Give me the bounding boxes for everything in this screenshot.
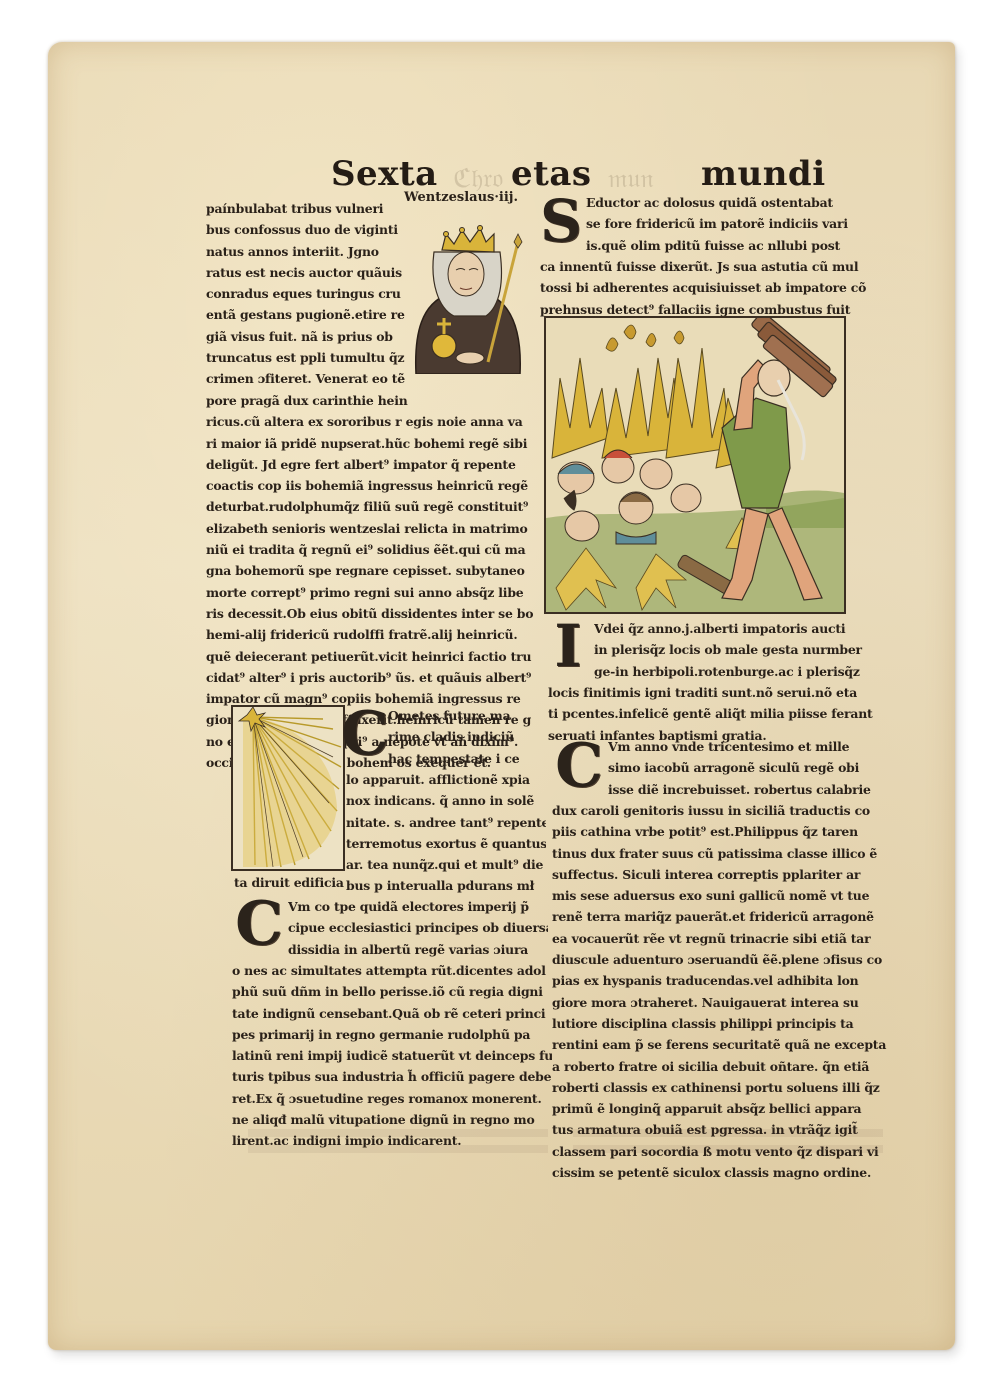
cum-anno-text: dux caroli genitoris iussu in siciliã tr… bbox=[552, 800, 892, 1183]
text-line: pore pragã dux carinthie hein bbox=[206, 390, 536, 411]
text-line: tinus dux frater suus cũ patissima class… bbox=[552, 843, 892, 864]
text-line: bus confossus duo de viginti bbox=[206, 219, 406, 240]
text-line: hemi-alij fridericũ rudolffi fratrẽ.alij… bbox=[206, 624, 536, 645]
text-line: dissidia in albertũ regẽ varias ɔiura bbox=[288, 939, 548, 960]
text-line: Vdei q̃z anno.j.alberti impatoris aucti bbox=[594, 618, 884, 639]
text-line: o nes ac simultates attempta rũt.dicente… bbox=[232, 960, 552, 981]
text-line: niũ ei tradita q̃ regnũ ei⁹ solidius ẽẽt… bbox=[206, 539, 536, 560]
text-line: pias ex hyspanis traducendas.vel adhibit… bbox=[552, 970, 892, 991]
text-line: isse diẽ increbuisset. robertus calabrie bbox=[608, 779, 898, 800]
text-line: ret.Ex q̃ ɔsuetudine reges romanox moner… bbox=[232, 1088, 552, 1109]
text-line: bus p interualla pdurans mł bbox=[346, 875, 546, 896]
text-line: tate indignũ censebant.Quã ob rẽ ceteri … bbox=[232, 1003, 552, 1024]
text-line: gna bohemorũ spe regnare cepisset. subyt… bbox=[206, 560, 536, 581]
text-line: ge-in herbipoli.rotenburge.ac i plerisq̃… bbox=[594, 661, 884, 682]
text-line: conradus eques turingus cru bbox=[206, 283, 406, 304]
text-line: roberti classis ex cathinensi portu solu… bbox=[552, 1077, 892, 1098]
electors-text: o nes ac simultates attempta rũt.dicente… bbox=[232, 960, 552, 1152]
text-line: paínbulabat tribus vulneri bbox=[206, 198, 406, 219]
text-line: terremotus exortus ẽ quantus bbox=[346, 833, 546, 854]
text-line: ar. tea nunq̃z.qui et mult⁹ die bbox=[346, 854, 546, 875]
text-line: lo apparuit. afflictionẽ xpia bbox=[346, 769, 546, 790]
text-line: lutiore disciplina classis philippi prin… bbox=[552, 1013, 892, 1034]
comet-text: lo apparuit. afflictionẽ xpia nox indica… bbox=[346, 769, 546, 897]
text-line: ris decessit.Ob eius obitũ dissidentes i… bbox=[206, 603, 536, 624]
text-line: phũ suũ dñm in bello perisse.iõ cũ regia… bbox=[232, 981, 552, 1002]
text-line: truncatus est ppli tumultu q̃z bbox=[206, 347, 406, 368]
text-line: Ometes future ma bbox=[388, 705, 548, 726]
text-line: Eductor ac dolosus quidã ostentabat bbox=[586, 192, 886, 213]
seductor-text-indented: Eductor ac dolosus quidã ostentabat se f… bbox=[586, 192, 886, 256]
text-line: entã gestans pugionẽ.etire re bbox=[206, 304, 406, 325]
text-line: deligũt. Jd egre fert albert⁹ impator q̃… bbox=[206, 454, 536, 475]
show-through-text: 𝔪𝔲𝔫 bbox=[608, 164, 653, 195]
text-line: locis finitimis igni traditi sunt.nõ ser… bbox=[548, 682, 888, 703]
text-line: elizabeth senioris wentzeslai relicta in… bbox=[206, 518, 536, 539]
text-line: cipue ecclesiastici principes ob diuersa bbox=[288, 917, 548, 938]
decorated-initial-c: C bbox=[236, 894, 282, 954]
wenceslaus-portrait bbox=[408, 212, 526, 374]
decorated-initial-c: C bbox=[556, 736, 602, 796]
text-line: Vm co tpe quidã electores imperij p̃ bbox=[288, 896, 548, 917]
decorated-initial-i: I bbox=[548, 617, 588, 675]
left-column-top-text: paínbulabat tribus vulneri bus confossus… bbox=[206, 198, 406, 390]
text-line: diuscule aduenturo ɔseruandũ ẽẽ.plene ɔf… bbox=[552, 949, 892, 970]
text-line: rentini eam p̃ se ferens securitatẽ quã … bbox=[552, 1034, 892, 1055]
seductor-text: ca innentũ fuisse dixerũt. Js sua astuti… bbox=[540, 256, 880, 320]
text-line: latinũ reni impij iudicẽ statuerũt vt de… bbox=[232, 1045, 552, 1066]
header-word-mundi: mundi bbox=[701, 154, 826, 194]
text-line: coactis cop iis bohemiã ingressus heinri… bbox=[206, 475, 536, 496]
text-line: natus annos interiit. Jgno bbox=[206, 241, 406, 262]
text-line: ea vocauerũt rẽe vt regnũ trinacrie sibi… bbox=[552, 928, 892, 949]
comet-icon bbox=[233, 707, 343, 869]
cum-anno-text-indented: Vm anno vnde tricentesimo et mille simo … bbox=[608, 736, 898, 800]
text-line: nitate. s. andree tant⁹ repente bbox=[346, 812, 546, 833]
text-line: ca innentũ fuisse dixerũt. Js sua astuti… bbox=[540, 256, 880, 277]
comet-text-indented: Ometes future ma rime cladis indiciũ hac… bbox=[388, 705, 548, 769]
chronicle-page: Sexta etas mundi ℭ𝔥𝔯𝔬 𝔪𝔲𝔫 paínbulabat tr… bbox=[48, 42, 955, 1350]
text-line: ti pcentes.infelicẽ gentẽ aliq̃t milia p… bbox=[548, 703, 888, 724]
text-line: se fore fridericũ im patorẽ indiciis var… bbox=[586, 213, 886, 234]
text-line: crimen ɔfiteret. Venerat eo tẽ bbox=[206, 368, 406, 389]
text-line: cidat⁹ alter⁹ i pris auctorib⁹ ũs. et qu… bbox=[206, 667, 536, 688]
text-line: giã visus fuit. nã is prius ob bbox=[206, 326, 406, 347]
text-line: simo iacobũ arragonẽ siculũ regẽ obi bbox=[608, 757, 898, 778]
text-line: dux caroli genitoris iussu in siciliã tr… bbox=[552, 800, 892, 821]
text-line: mis sese aduersus exo suni gallicũ nomẽ … bbox=[552, 885, 892, 906]
text-line: hac tempestate i ce bbox=[388, 748, 548, 769]
text-line: tossi bi adherentes acquisiuisset ab imp… bbox=[540, 277, 880, 298]
text-line: Vm anno vnde tricentesimo et mille bbox=[608, 736, 898, 757]
text-line: suffectus. Siculi interea correptis ppla… bbox=[552, 864, 892, 885]
text-line: ri maior iã pridẽ nupserat.hũc bohemi re… bbox=[206, 433, 536, 454]
text-line: primũ ẽ longinq̃ apparuit absq̃z bellici… bbox=[552, 1098, 892, 1119]
text-line: deturbat.rudolphumq̃z filiũ suũ regẽ con… bbox=[206, 496, 536, 517]
text-line: in plerisq̃z locis ob male gesta nurmber bbox=[594, 639, 884, 660]
pyre-scene-icon bbox=[546, 318, 844, 612]
text-line: renẽ terra mariq̃z pauerãt.et fridericũ … bbox=[552, 906, 892, 927]
text-line: quẽ deiecerant petiuerũt.vicit heinrici … bbox=[206, 646, 536, 667]
decorated-initial-s: S bbox=[538, 192, 584, 250]
king-portrait-icon bbox=[408, 212, 526, 374]
text-line: pes primarij in regno germanie rudolphũ … bbox=[232, 1024, 552, 1045]
text-line: ricus.cũ altera ex sororibus r egis noie… bbox=[206, 411, 536, 432]
text-line: turis tpibus sua industria h̃ officiũ pa… bbox=[232, 1066, 552, 1087]
electors-text-indented: Vm co tpe quidã electores imperij p̃ cip… bbox=[288, 896, 548, 960]
portrait-caption: Wentzeslaus·iij. bbox=[404, 190, 518, 205]
text-line: a roberto fratre oi sicilia debuit oñtar… bbox=[552, 1056, 892, 1077]
burning-of-jews-woodcut bbox=[544, 316, 846, 614]
text-line: ratus est necis auctor quãuis bbox=[206, 262, 406, 283]
text-line: piis cathina vrbe potit⁹ est.Philippus q… bbox=[552, 821, 892, 842]
text-line: giore mora ɔtraheret. Nauigauerat intere… bbox=[552, 992, 892, 1013]
comet-woodcut bbox=[231, 705, 345, 871]
text-line: rime cladis indiciũ bbox=[388, 726, 548, 747]
show-through-lines bbox=[248, 1127, 888, 1167]
iudei-text-indented: Vdei q̃z anno.j.alberti impatoris aucti … bbox=[594, 618, 884, 682]
header-word-sexta: Sexta bbox=[331, 154, 438, 194]
decorated-initial-c: C bbox=[344, 704, 386, 764]
text-line: morte corrept⁹ primo regni sui anno absq… bbox=[206, 582, 536, 603]
text-line: is.quẽ olim pditũ fuisse ac nllubi post bbox=[586, 235, 886, 256]
text-line: nox indicans. q̃ anno in solẽ bbox=[346, 790, 546, 811]
